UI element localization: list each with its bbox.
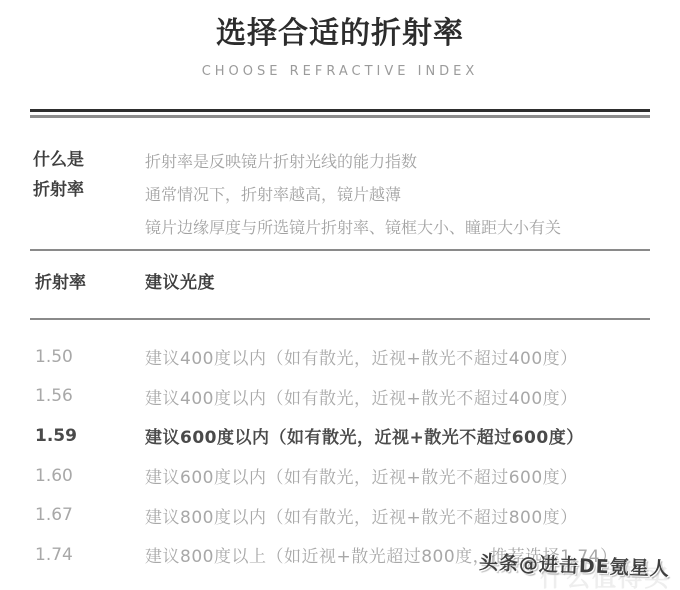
cell-index: 1.50	[30, 347, 145, 367]
intro-label: 什么是 折射率	[30, 145, 145, 244]
table-body: 1.50 建议400度以内（如有散光，近视+散光不超过400度） 1.56 建议…	[30, 320, 650, 575]
intro-line: 折射率是反映镜片折射光线的能力指数	[145, 145, 650, 178]
table-header: 折射率 建议光度	[30, 251, 650, 318]
table-row: 1.50 建议400度以内（如有散光，近视+散光不超过400度）	[30, 337, 650, 377]
cell-advice: 建议400度以内（如有散光，近视+散光不超过400度）	[145, 344, 650, 369]
table-row: 1.60 建议600度以内（如有散光，近视+散光不超过600度）	[30, 456, 650, 496]
page-title: 选择合适的折射率	[30, 16, 650, 52]
cell-advice: 建议400度以内（如有散光，近视+散光不超过400度）	[145, 384, 650, 409]
intro-section: 什么是 折射率 折射率是反映镜片折射光线的能力指数 通常情况下，折射率越高，镜片…	[30, 145, 650, 244]
cell-index: 1.67	[30, 505, 145, 525]
cell-index: 1.59	[30, 426, 145, 446]
cell-index: 1.74	[30, 545, 145, 565]
page-subtitle: CHOOSE REFRACTIVE INDEX	[30, 63, 650, 80]
cell-index: 1.60	[30, 466, 145, 486]
divider-gray-line	[30, 115, 650, 118]
table-row: 1.56 建议400度以内（如有散光，近视+散光不超过400度）	[30, 377, 650, 417]
intro-content: 折射率是反映镜片折射光线的能力指数 通常情况下，折射率越高，镜片越薄 镜片边缘厚…	[145, 145, 650, 244]
column-header-index: 折射率	[30, 273, 145, 294]
header: 选择合适的折射率 CHOOSE REFRACTIVE INDEX	[30, 0, 650, 80]
cell-index: 1.56	[30, 386, 145, 406]
watermark-toutiao: 头条@进击DE氪星人	[479, 548, 671, 582]
column-header-advice: 建议光度	[145, 273, 650, 294]
cell-advice: 建议800度以内（如有散光，近视+散光不超过800度）	[145, 503, 650, 528]
infographic-page: 选择合适的折射率 CHOOSE REFRACTIVE INDEX 什么是 折射率…	[0, 0, 680, 590]
cell-advice: 建议600度以内（如有散光，近视+散光不超过600度）	[145, 423, 650, 448]
intro-line: 通常情况下，折射率越高，镜片越薄	[145, 178, 650, 211]
intro-label-line1: 什么是	[33, 145, 145, 175]
table-row: 1.67 建议800度以内（如有散光，近视+散光不超过800度）	[30, 495, 650, 535]
cell-advice: 建议600度以内（如有散光，近视+散光不超过600度）	[145, 463, 650, 488]
table-row-highlighted: 1.59 建议600度以内（如有散光，近视+散光不超过600度）	[30, 416, 650, 456]
double-divider	[30, 109, 650, 118]
intro-label-line2: 折射率	[33, 175, 145, 205]
intro-line: 镜片边缘厚度与所选镜片折射率、镜框大小、瞳距大小有关	[145, 211, 650, 244]
